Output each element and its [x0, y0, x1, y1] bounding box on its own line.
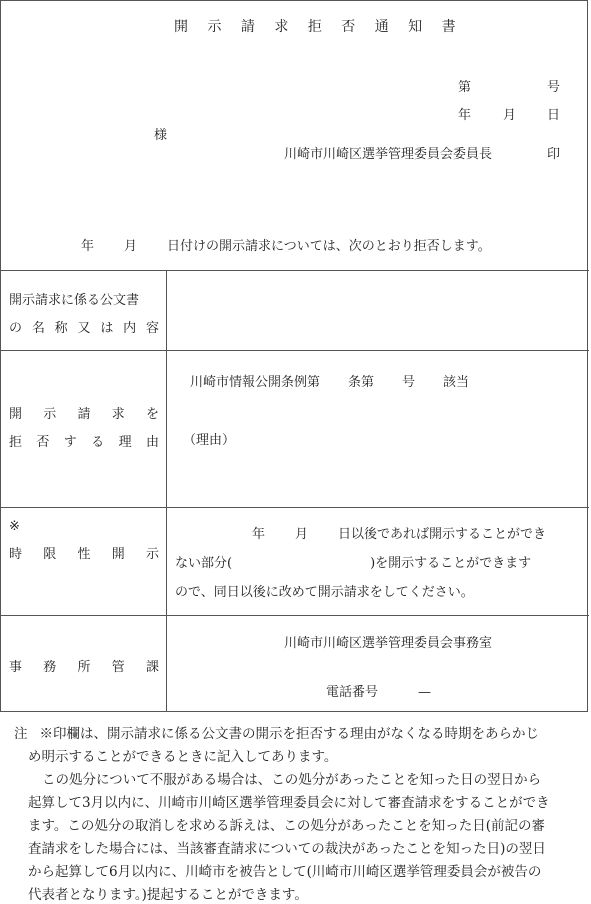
label-char: は — [100, 317, 113, 336]
label-char: 務 — [43, 656, 56, 675]
title-char: 示 — [207, 19, 221, 35]
document-title: 開 示 請 求 拒 否 通 知 書 — [174, 16, 456, 36]
form-frame — [0, 0, 588, 712]
note-line: 代表者となります。)提起することができます。 — [14, 884, 584, 904]
note-line: め明示することができるときに記入してあります。 — [14, 746, 584, 769]
label-char: 示 — [43, 403, 56, 422]
time-limited-line-1: 年月日以後であれば開示することができ — [252, 523, 546, 542]
title-char: 否 — [341, 19, 355, 35]
label-char: 開 — [112, 543, 125, 562]
row-divider — [0, 615, 589, 616]
label-line: 拒 否 す る 理 由 — [9, 431, 159, 450]
title-char: 通 — [375, 19, 389, 35]
ordinance-item: 号 — [402, 375, 415, 390]
label-char: 由 — [146, 431, 159, 450]
part-open: ない部分( — [175, 556, 232, 571]
time-limited-line-3: ので、同日以後に改めて開示請求をしてください。 — [175, 581, 474, 600]
intro-year: 年 — [81, 239, 94, 254]
label-char: 求 — [112, 403, 125, 422]
note-line: 起算して3月以内に、川崎市川崎区選挙管理委員会に対して審査請求をすることができ — [14, 792, 584, 815]
time-limited-line-2: ない部分()を開示することができます — [175, 552, 531, 571]
label-char: 時 — [9, 543, 22, 562]
date-month: 月 — [503, 104, 516, 123]
label-char: を — [146, 403, 159, 422]
label-char: 示 — [146, 543, 159, 562]
label-char: の — [9, 317, 22, 336]
row-label-office: 事 務 所 管 課 — [9, 656, 159, 675]
row-label-document-name: 開示請求に係る公文書 の 名 称 又 は 内 容 — [9, 289, 159, 336]
seal-mark: 印 — [547, 143, 560, 162]
label-char: る — [91, 431, 104, 450]
intro-sentence: 年月日付けの開示請求については、次のとおり拒否します。 — [81, 235, 491, 254]
row-label-refusal-reason: 開 示 請 求 を 拒 否 す る 理 由 — [9, 403, 159, 450]
label-line: 開 示 請 求 を — [9, 403, 159, 422]
label-char: 否 — [36, 431, 49, 450]
label-char: 名 — [32, 317, 45, 336]
part-close: )を開示することができます — [370, 556, 531, 571]
issuer-name: 川崎市川崎区選挙管理委員会委員長 — [284, 143, 492, 162]
note-line: 注※印欄は、開示請求に係る公文書の開示を拒否する理由がなくなる時期をあらかじ — [14, 723, 584, 746]
note-line: から起算して6月以内に、川崎市を被告として(川崎市川崎区選挙管理委員会が被告の — [14, 861, 584, 884]
label-line: 開示請求に係る公文書 — [9, 289, 159, 308]
label-char: 容 — [146, 317, 159, 336]
label-char: 称 — [55, 317, 68, 336]
disclose-month: 月 — [295, 527, 308, 542]
intro-month: 月 — [124, 239, 137, 254]
label-char: 事 — [9, 656, 22, 675]
label-char: 課 — [146, 656, 159, 675]
row-divider — [0, 350, 589, 351]
column-divider — [166, 270, 167, 712]
title-char: 拒 — [308, 19, 322, 35]
label-char: 請 — [77, 403, 90, 422]
note-line: ます。この処分の取消しを求める訴えは、この処分があったことを知った日(前記の審 — [14, 815, 584, 838]
ordinance-applicable: 該当 — [443, 375, 469, 390]
label-char: 拒 — [9, 431, 22, 450]
phone-value: — — [418, 685, 431, 700]
row-divider — [0, 270, 589, 271]
disclose-text: 日以後であれば開示することができ — [338, 527, 546, 542]
date-year: 年 — [458, 104, 471, 123]
label-line: の 名 称 又 は 内 容 — [9, 317, 159, 336]
note-line: この処分について不服がある場合は、この処分があったことを知った日の翌日から — [14, 769, 584, 792]
date-day: 日 — [547, 104, 560, 123]
notes-section: 注※印欄は、開示請求に係る公文書の開示を拒否する理由がなくなる時期をあらかじ め… — [14, 723, 584, 904]
note-prefix: 注 — [14, 726, 28, 742]
label-char: 開 — [9, 403, 22, 422]
label-char: 限 — [43, 543, 56, 562]
title-char: 求 — [274, 19, 288, 35]
addressee-suffix: 様 — [154, 124, 167, 143]
title-char: 請 — [241, 19, 255, 35]
title-char: 知 — [408, 19, 422, 35]
label-char: 理 — [119, 431, 132, 450]
title-char: 書 — [442, 19, 456, 35]
disclose-year: 年 — [252, 527, 265, 542]
ordinance-prefix: 川崎市情報公開条例第 — [190, 375, 320, 390]
note-text: ※印欄は、開示請求に係る公文書の開示を拒否する理由がなくなる時期をあらかじ — [40, 726, 540, 742]
ordinance-article: 条第 — [348, 375, 374, 390]
label-char: す — [64, 431, 77, 450]
reason-label: （理由） — [183, 429, 235, 448]
label-line: 時 限 性 開 示 — [9, 543, 159, 562]
label-char: 管 — [112, 656, 125, 675]
document-name-field[interactable] — [172, 275, 582, 345]
document-number-suffix: 号 — [547, 76, 560, 95]
title-char: 開 — [174, 19, 188, 35]
phone-label: 電話番号 — [326, 685, 378, 700]
document-number-prefix: 第 — [458, 76, 471, 95]
row-divider — [0, 507, 589, 508]
label-char: 又 — [77, 317, 90, 336]
row-label-time-limited: ※ 時 限 性 開 示 — [9, 519, 159, 562]
ordinance-clause: 川崎市情報公開条例第条第号該当 — [190, 371, 469, 390]
intro-text: 日付けの開示請求については、次のとおり拒否します。 — [167, 239, 491, 254]
phone-line: 電話番号— — [326, 681, 431, 700]
office-name: 川崎市川崎区選挙管理委員会事務室 — [284, 632, 492, 651]
note-line: 査請求をした場合には、当該審査請求についての裁決があったことを知った日)の翌日 — [14, 838, 584, 861]
label-char: 内 — [123, 317, 136, 336]
label-char: 性 — [77, 543, 90, 562]
label-char: 所 — [77, 656, 90, 675]
asterisk-mark: ※ — [9, 519, 159, 534]
